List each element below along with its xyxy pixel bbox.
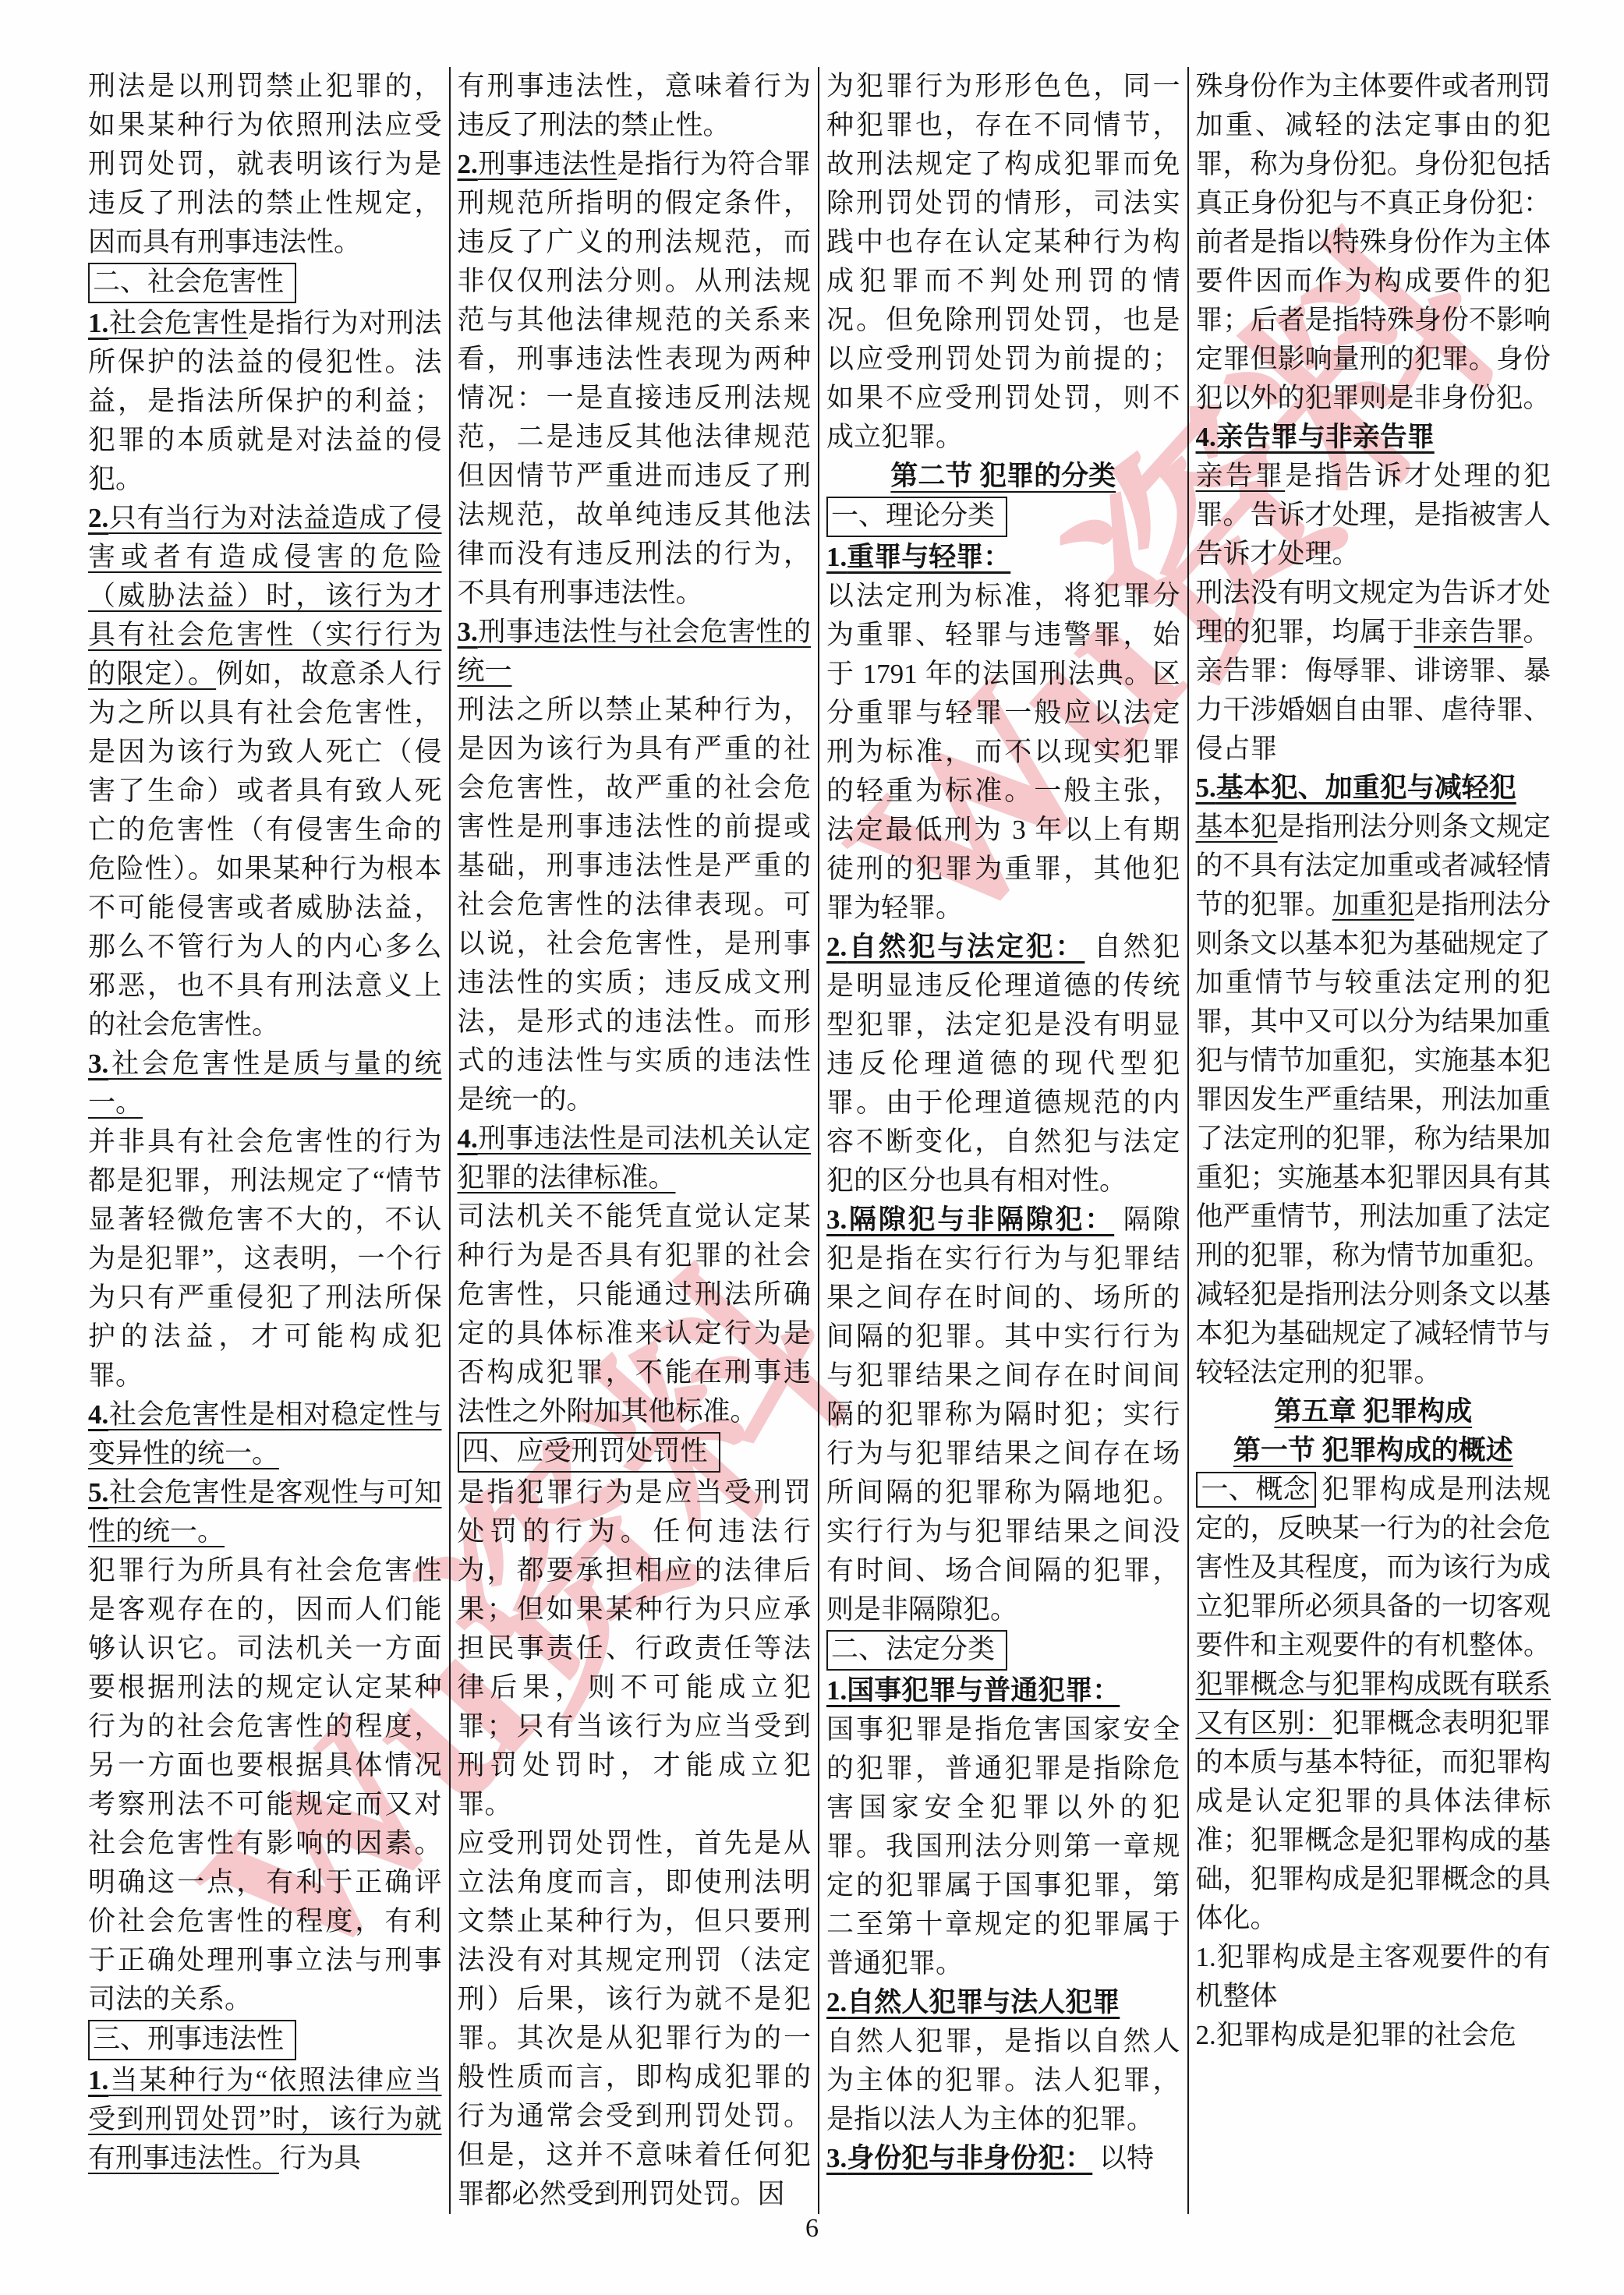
paragraph: 殊身份作为主体要件或者刑罚加重、减轻的法定事由的犯罪，称为身份犯。身份犯包括真正…: [1196, 67, 1551, 418]
inline-boxed-heading: 一、概念: [1196, 1472, 1316, 1508]
text-column-4: 殊身份作为主体要件或者刑罚加重、减轻的法定事由的犯罪，称为身份犯。身份犯包括真正…: [1189, 67, 1559, 2214]
paragraph: 2.犯罪构成是犯罪的社会危: [1196, 2016, 1551, 2055]
paragraph: 4.社会危害性是相对稳定性与变异性的统一。: [88, 1395, 442, 1473]
section-heading: 第一节 犯罪构成的概述: [1196, 1431, 1551, 1470]
paragraph: 3.社会危害性是质与量的统一。: [88, 1045, 442, 1123]
paragraph: 以法定刑为标准，将犯罪分为重罪、轻罪与违警罪，始于 1791 年的法国刑法典。区…: [826, 577, 1180, 928]
paragraph: 3.刑事违法性与社会危害性的统一: [458, 613, 812, 691]
boxed-heading-label: 三、刑事违法性: [88, 2020, 296, 2060]
paragraph: 5.社会危害性是客观性与可知性的统一。: [88, 1473, 442, 1551]
paragraph: 1.社会危害性是指行为对刑法所保护的法益的侵犯性。法益，是指法所保护的利益；犯罪…: [88, 304, 442, 499]
paragraph: 刑法之所以禁止某种行为，是因为该行为具有严重的社会危害性，故严重的社会危害性是刑…: [458, 691, 812, 1119]
boxed-heading: 二、社会危害性: [88, 263, 442, 303]
paragraph: 1.重罪与轻罪：: [826, 538, 1180, 577]
text-column-3: 为犯罪行为形形色色，同一种犯罪也，存在不同情节，故刑法规定了构成犯罪而免除刑罚处…: [819, 67, 1189, 2214]
paragraph: 2.只有当行为对法益造成了侵害或者有造成侵害的危险（威胁法益）时，该行为才具有社…: [88, 499, 442, 1045]
paragraph: 为犯罪行为形形色色，同一种犯罪也，存在不同情节，故刑法规定了构成犯罪而免除刑罚处…: [826, 67, 1180, 457]
boxed-heading: 一、理论分类: [826, 497, 1180, 537]
boxed-heading: 二、法定分类: [826, 1630, 1180, 1671]
paragraph: 犯罪行为所具有社会危害性是客观存在的，因而人们能够认识它。司法机关一方面要根据刑…: [88, 1551, 442, 2019]
paragraph: 4.亲告罪与非亲告罪: [1196, 418, 1551, 457]
paragraph: 应受刑罚处罚性，首先是从立法角度而言，即使刑法明文禁止某种行为，但只要刑法没有对…: [458, 1824, 812, 2214]
paragraph: 5.基本犯、加重犯与减轻犯: [1196, 769, 1551, 808]
paragraph: 4.刑事违法性是司法机关认定犯罪的法律标准。: [458, 1119, 812, 1197]
paragraph: 3.隔隙犯与非隔隙犯： 隔隙犯是指在实行行为与犯罪结果之间存在时间的、场所的间隔…: [826, 1201, 1180, 1629]
paragraph: 并非具有社会危害性的行为都是犯罪，刑法规定了“情节显著轻微危害不大的，不认为是犯…: [88, 1123, 442, 1395]
paragraph: 刑法没有明文规定为告诉才处理的犯罪，均属于非亲告罪。: [1196, 574, 1551, 652]
boxed-heading: 四、应受刑罚处罚性: [458, 1432, 812, 1473]
boxed-heading-label: 二、社会危害性: [88, 263, 296, 303]
paragraph: 亲告罪：侮辱罪、诽谤罪、暴力干涉婚姻自由罪、虐待罪、侵占罪: [1196, 652, 1551, 769]
boxed-heading-label: 一、理论分类: [826, 497, 1007, 537]
text-column-1: 刑法是以刑罚禁止犯罪的，如果某种行为依照刑法应受刑罚处罚，就表明该行为是违反了刑…: [81, 67, 451, 2214]
paragraph: 有刑事违法性，意味着行为违反了刑法的禁止性。: [458, 67, 812, 145]
paragraph: 司法机关不能凭直觉认定某种行为是否具有犯罪的社会危害性，只能通过刑法所确定的具体…: [458, 1197, 812, 1431]
text-columns: 刑法是以刑罚禁止犯罪的，如果某种行为依照刑法应受刑罚处罚，就表明该行为是违反了刑…: [81, 67, 1558, 2214]
boxed-heading-label: 四、应受刑罚处罚性: [458, 1432, 720, 1473]
paragraph: 2.刑事违法性是指行为符合罪刑规范所指明的假定条件，违反了广义的刑法规范，而非仅…: [458, 145, 812, 613]
paragraph: 国事犯罪是指危害国家安全的犯罪，普通犯罪是指除危害国家安全犯罪以外的犯罪。我国刑…: [826, 1710, 1180, 1983]
paragraph: 1.当某种行为“依照法律应当受到刑罚处罚”时，该行为就有刑事违法性。行为具: [88, 2061, 442, 2178]
paragraph: 1.犯罪构成是主客观要件的有机整体: [1196, 1938, 1551, 2016]
paragraph: 自然人犯罪，是指以自然人为主体的犯罪。法人犯罪，是指以法人为主体的犯罪。: [826, 2022, 1180, 2139]
paragraph: 2.自然人犯罪与法人犯罪: [826, 1983, 1180, 2022]
section-heading: 第五章 犯罪构成: [1196, 1392, 1551, 1431]
scanned-document-page: 刑法是以刑罚禁止犯罪的，如果某种行为依照刑法应受刑罚处罚，就表明该行为是违反了刑…: [0, 0, 1624, 2295]
paragraph: 基本犯是指刑法分则条文规定的不具有法定加重或者减轻情节的犯罪。加重犯是指刑法分则…: [1196, 808, 1551, 1392]
page-number: 6: [0, 2214, 1624, 2244]
section-heading: 第二节 犯罪的分类: [826, 457, 1180, 496]
paragraph: 一、概念犯罪构成是刑法规定的，反映某一行为的社会危害性及其程度，而为该行为成立犯…: [1196, 1470, 1551, 1938]
text-column-2: 有刑事违法性，意味着行为违反了刑法的禁止性。2.刑事违法性是指行为符合罪刑规范所…: [451, 67, 820, 2214]
paragraph: 亲告罪是指告诉才处理的犯罪。告诉才处理，是指被害人告诉才处理。: [1196, 457, 1551, 574]
paragraph: 是指犯罪行为是应当受刑罚处罚的行为。任何违法行为，都要承担相应的法律后果；但如果…: [458, 1473, 812, 1824]
boxed-heading-label: 二、法定分类: [826, 1630, 1007, 1671]
paragraph: 1.国事犯罪与普通犯罪：: [826, 1671, 1180, 1710]
boxed-heading: 三、刑事违法性: [88, 2020, 442, 2060]
paragraph: 2.自然犯与法定犯： 自然犯是明显违反伦理道德的传统型犯罪，法定犯是没有明显违反…: [826, 928, 1180, 1201]
paragraph: 刑法是以刑罚禁止犯罪的，如果某种行为依照刑法应受刑罚处罚，就表明该行为是违反了刑…: [88, 67, 442, 262]
paragraph: 3.身份犯与非身份犯： 以特: [826, 2139, 1180, 2178]
